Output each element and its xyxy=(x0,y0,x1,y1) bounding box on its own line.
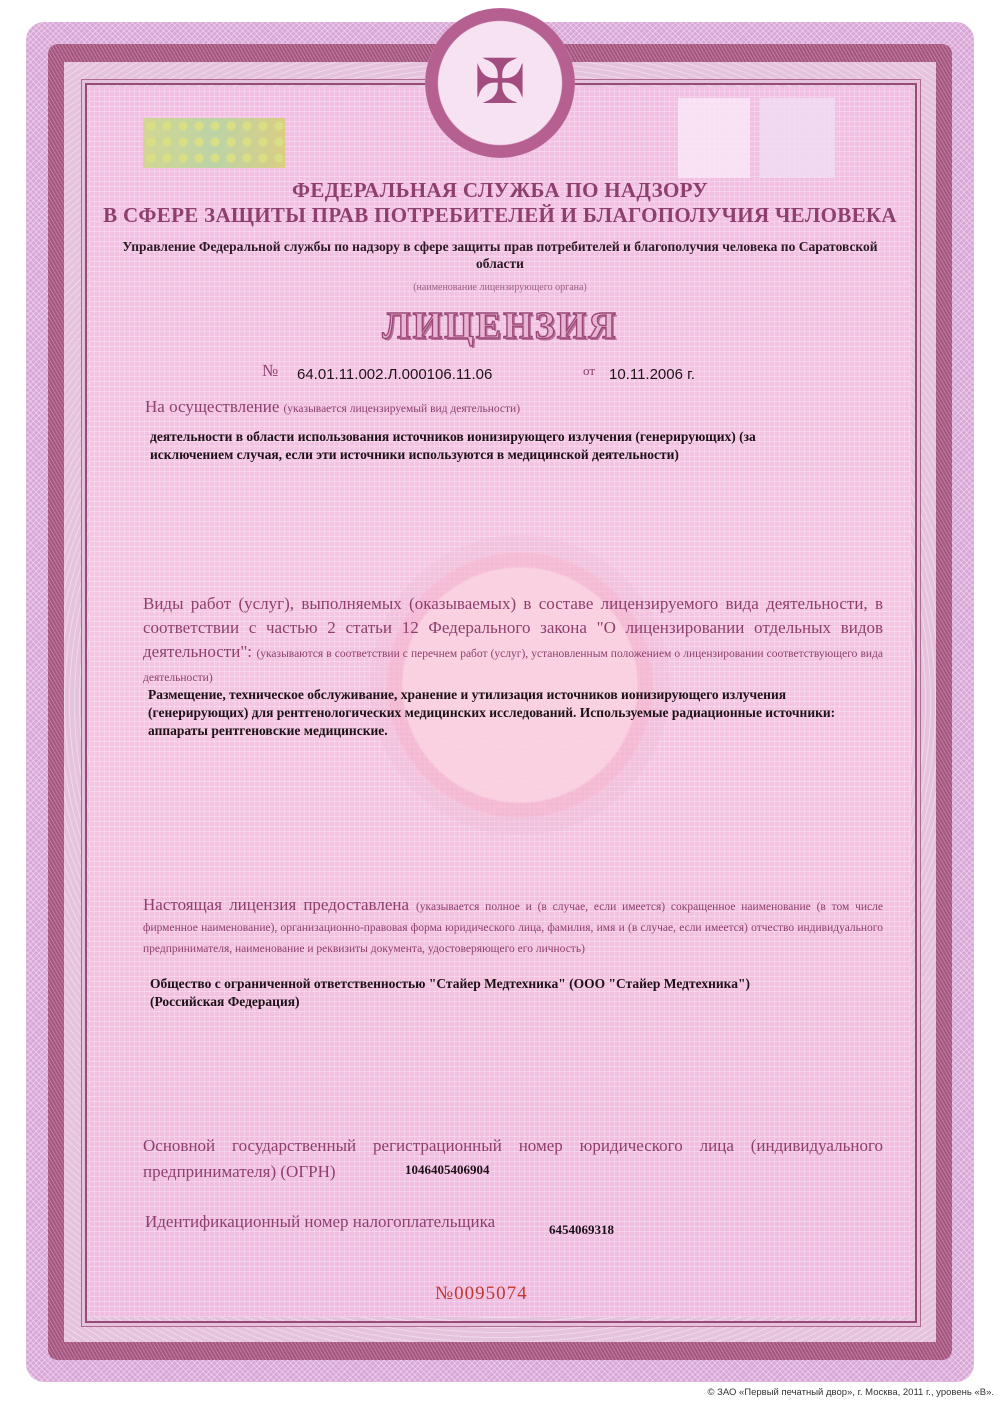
works-value: Размещение, техническое обслуживание, хр… xyxy=(148,686,838,740)
ogrn-value: 1046405406904 xyxy=(405,1162,490,1178)
works-label-block: Виды работ (услуг), выполняемых (оказыва… xyxy=(143,592,883,688)
blank-security-field xyxy=(760,98,835,178)
activity-hint: (указывается лицензируемый вид деятельно… xyxy=(283,403,520,415)
coat-of-arms-emblem: ✠ xyxy=(425,8,575,158)
inn-label: Идентификационный номер налогоплательщик… xyxy=(145,1212,495,1232)
printer-imprint: © ЗАО «Первый печатный двор», г. Москва,… xyxy=(600,1387,994,1398)
activity-label: На осуществление xyxy=(145,397,279,416)
agency-name-line1: ФЕДЕРАЛЬНАЯ СЛУЖБА ПО НАДЗОРУ xyxy=(0,178,1000,203)
form-serial-number: №0095074 xyxy=(435,1283,528,1305)
hologram-sticker xyxy=(143,118,285,168)
holder-label-block: Настоящая лицензия предоставлена (указыв… xyxy=(143,895,883,959)
double-headed-eagle-icon: ✠ xyxy=(474,52,526,114)
holder-value: Общество с ограниченной ответственностью… xyxy=(150,975,850,1011)
license-date: 10.11.2006 г. xyxy=(609,366,695,383)
holder-country: (Российская Федерация) xyxy=(150,993,850,1011)
license-number: 64.01.11.002.Л.000106.11.06 xyxy=(297,366,492,383)
number-sign: № xyxy=(262,361,278,381)
holder-name: Общество с ограниченной ответственностью… xyxy=(150,975,850,993)
ogrn-label: Основной государственный регистрационный… xyxy=(143,1133,883,1185)
document-title: ЛИЦЕНЗИЯ xyxy=(0,304,1000,348)
agency-name-line2: В СФЕРЕ ЗАЩИТЫ ПРАВ ПОТРЕБИТЕЛЕЙ И БЛАГО… xyxy=(0,203,1000,228)
inn-value: 6454069318 xyxy=(549,1222,614,1238)
date-label: от xyxy=(583,363,595,379)
issuing-body-caption: (наименование лицензирующего органа) xyxy=(0,282,1000,293)
holder-label: Настоящая лицензия предоставлена xyxy=(143,895,409,914)
works-hint: (указываются в соответствии с перечнем р… xyxy=(143,648,883,684)
activity-label-row: На осуществление (указывается лицензируе… xyxy=(145,397,520,417)
activity-value: деятельности в области использования ист… xyxy=(150,428,840,464)
blank-security-field xyxy=(678,98,750,178)
issuing-body-name: Управление Федеральной службы по надзору… xyxy=(120,238,880,272)
